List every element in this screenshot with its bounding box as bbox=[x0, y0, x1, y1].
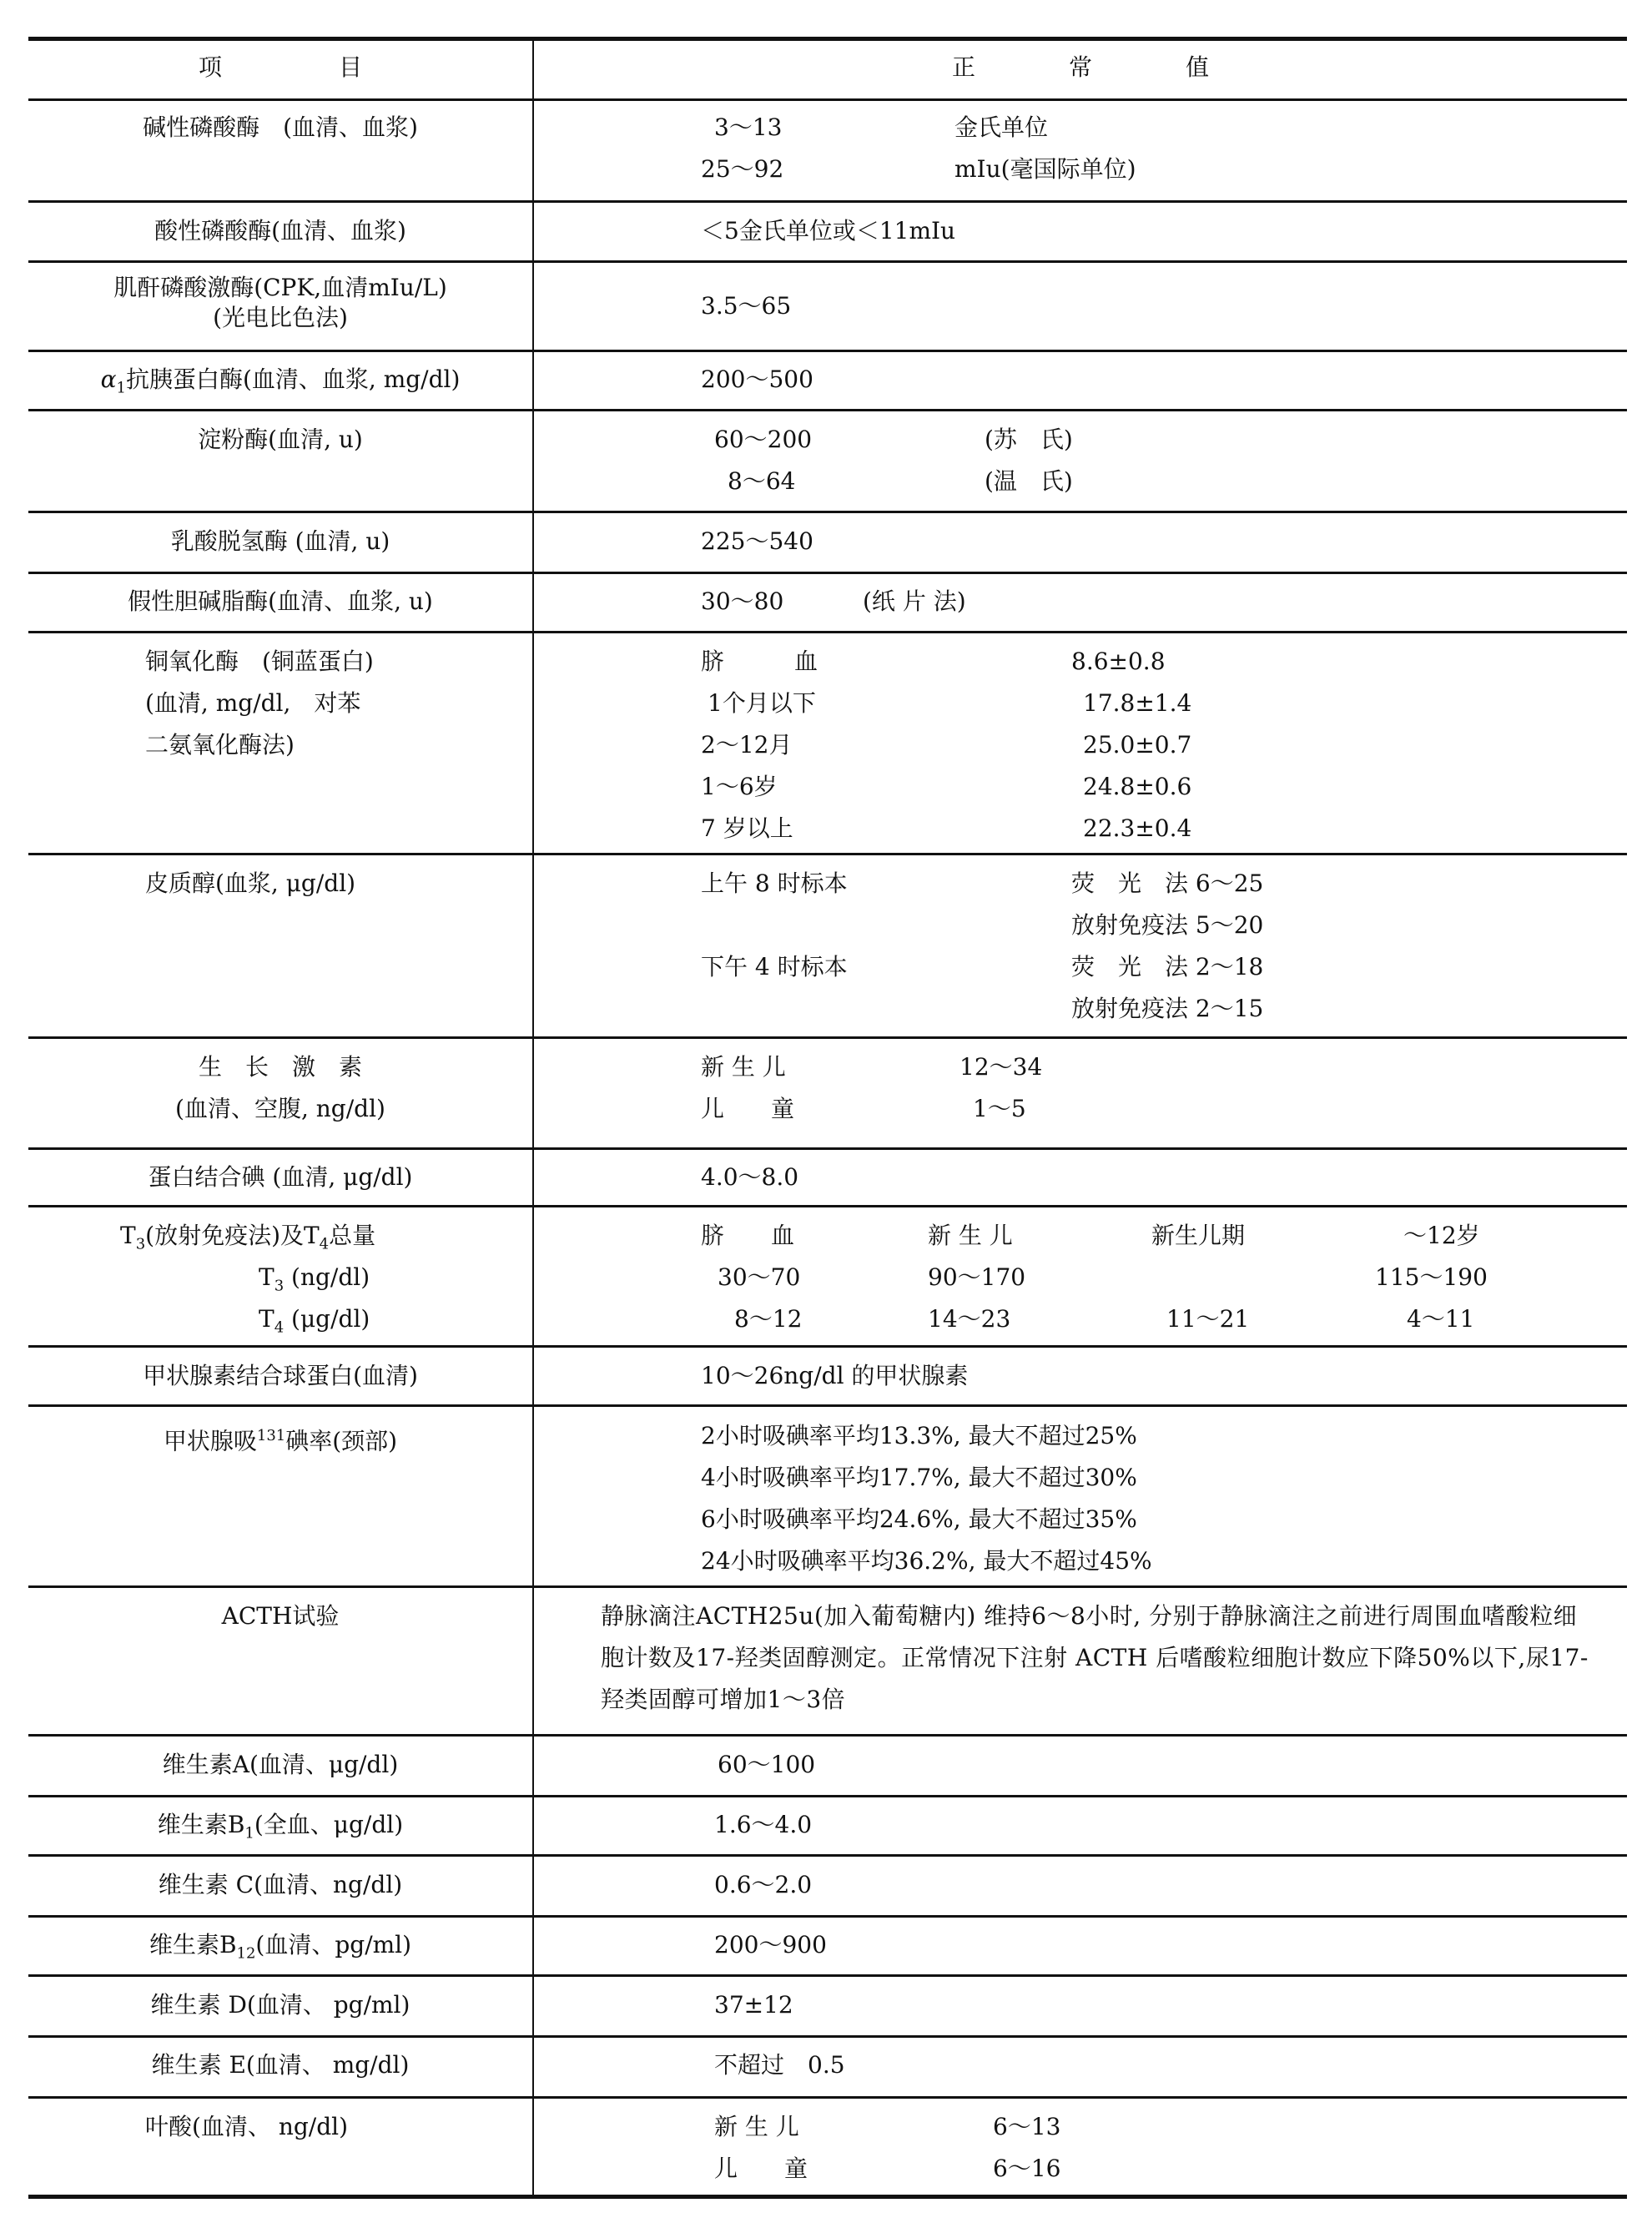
row-item: 维生素A(血清、μg/dl) bbox=[28, 1744, 532, 1786]
value: 200～900 bbox=[714, 1924, 827, 1966]
value: 6～13 bbox=[993, 2106, 1060, 2148]
row-divider bbox=[28, 1036, 1627, 1039]
value: 8～64 bbox=[728, 461, 795, 502]
row-item-line2: (血清, mg/dl, 对苯 bbox=[145, 683, 360, 724]
method-value: 荧 光 法 6～25 bbox=[1071, 863, 1263, 905]
sample-time: 下午 4 时标本 bbox=[701, 946, 848, 988]
sub-item-t4: T4 (μg/dl) bbox=[259, 1298, 370, 1349]
alpha-symbol: α bbox=[101, 365, 117, 393]
row-divider bbox=[28, 572, 1627, 574]
value: 6～16 bbox=[993, 2148, 1060, 2190]
row-item: α1抗胰蛋白酶(血清、血浆, mg/dl) bbox=[28, 359, 532, 410]
row-item: ACTH试验 bbox=[28, 1595, 532, 1637]
value: 8.6±0.8 bbox=[1071, 641, 1166, 683]
age-group: 脐 血 bbox=[701, 641, 818, 683]
row-divider bbox=[28, 1404, 1627, 1407]
value: 37±12 bbox=[714, 1984, 793, 2026]
row-item: 维生素B1(全血、μg/dl) bbox=[28, 1804, 532, 1855]
age-group: 新 生 儿 bbox=[714, 2106, 799, 2148]
t4-value: 14～23 bbox=[928, 1298, 1010, 1340]
value: 60～100 bbox=[718, 1744, 815, 1786]
row-item-note: (血清、空腹, ng/dl) bbox=[28, 1088, 532, 1130]
value: 200～500 bbox=[701, 359, 813, 401]
row-item: 肌酐磷酸激酶(CPK,血清mIu/L) bbox=[28, 272, 532, 304]
t3-value: 30～70 bbox=[718, 1257, 800, 1298]
age-group: 1～6岁 bbox=[701, 766, 778, 808]
row-item: 乳酸脱氢酶 (血清, u) bbox=[28, 521, 532, 562]
row-divider bbox=[28, 853, 1627, 855]
t4-value: 11～21 bbox=[1166, 1298, 1249, 1340]
method-value: 放射免疫法 5～20 bbox=[1071, 905, 1263, 946]
value: 3～13 bbox=[714, 107, 782, 149]
age-group: 儿 童 bbox=[714, 2148, 808, 2190]
column-label: 脐 血 bbox=[701, 1215, 794, 1257]
row-item: 甲状腺素结合球蛋白(血清) bbox=[28, 1355, 532, 1397]
value: 22.3±0.4 bbox=[1083, 808, 1191, 849]
row-divider bbox=[28, 1147, 1627, 1150]
table-top-rule bbox=[28, 37, 1627, 41]
row-divider bbox=[28, 1915, 1627, 1918]
row-item: 维生素B12(血清、pg/ml) bbox=[28, 1924, 532, 1975]
row-divider bbox=[28, 260, 1627, 263]
value: 17.8±1.4 bbox=[1083, 683, 1191, 724]
age-group: 新 生 儿 bbox=[701, 1046, 786, 1088]
row-item: 生 长 激 素 bbox=[28, 1046, 532, 1088]
row-item: 维生素 D(血清、 pg/ml) bbox=[28, 1984, 532, 2026]
age-group: 2～12月 bbox=[701, 724, 792, 766]
row-item: 淀粉酶(血清, u) bbox=[28, 419, 532, 461]
age-group: 7 岁以上 bbox=[701, 808, 793, 849]
method-value: 荧 光 法 2～18 bbox=[1071, 946, 1263, 988]
row-item: 甲状腺吸131碘率(颈部) bbox=[28, 1415, 532, 1462]
t4-value: 4～11 bbox=[1407, 1298, 1474, 1340]
sample-time: 上午 8 时标本 bbox=[701, 863, 848, 905]
method-value: 放射免疫法 2～15 bbox=[1071, 988, 1263, 1030]
value: 0.6～2.0 bbox=[714, 1864, 812, 1906]
value: 60～200 bbox=[714, 419, 812, 461]
header-rule bbox=[28, 98, 1627, 101]
header-value: 正 常 值 bbox=[534, 47, 1627, 88]
value: 3.5～65 bbox=[701, 285, 791, 327]
row-item: 铜氧化酶 (铜蓝蛋白) bbox=[145, 641, 374, 683]
header-item: 项 目 bbox=[28, 47, 532, 88]
row-item-line3: 二氨氧化酶法) bbox=[145, 724, 295, 766]
row-divider bbox=[28, 2096, 1627, 2099]
row-item: 蛋白结合碘 (血清, μg/dl) bbox=[28, 1157, 532, 1198]
column-label: 新生儿期 bbox=[1151, 1215, 1245, 1257]
row-item: 皮质醇(血浆, μg/dl) bbox=[145, 863, 355, 905]
row-divider bbox=[28, 1795, 1627, 1797]
value: 30～80 bbox=[701, 581, 783, 623]
row-item: 假性胆碱脂酶(血清、血浆, u) bbox=[28, 581, 532, 623]
row-divider bbox=[28, 511, 1627, 513]
value: 4小时吸碘率平均17.7%, 最大不超过30% bbox=[701, 1457, 1137, 1499]
acth-description: 静脉滴注ACTH25u(加入葡萄糖内) 维持6～8小时, 分别于静脉滴注之前进行… bbox=[601, 1595, 1594, 1721]
row-divider bbox=[28, 2035, 1627, 2038]
value: 1.6～4.0 bbox=[714, 1804, 812, 1846]
method: (纸 片 法) bbox=[863, 581, 966, 623]
row-divider bbox=[28, 631, 1627, 633]
row-divider bbox=[28, 1585, 1627, 1588]
value: 4.0～8.0 bbox=[701, 1157, 798, 1198]
method: (苏 氏) bbox=[985, 419, 1073, 461]
row-divider bbox=[28, 1205, 1627, 1207]
unit: mIu(毫国际单位) bbox=[954, 149, 1136, 190]
row-item: 叶酸(血清、 ng/dl) bbox=[145, 2106, 348, 2148]
value: 1～5 bbox=[973, 1088, 1026, 1130]
value: 6小时吸碘率平均24.6%, 最大不超过35% bbox=[701, 1499, 1137, 1540]
value: 不超过 0.5 bbox=[714, 2044, 845, 2086]
value: 25～92 bbox=[701, 149, 783, 190]
t4-value: 8～12 bbox=[734, 1298, 802, 1340]
column-label: 新 生 儿 bbox=[928, 1215, 1013, 1257]
column-label: ～12岁 bbox=[1403, 1215, 1480, 1257]
row-item: 碱性磷酸酶 (血清、血浆) bbox=[28, 107, 532, 149]
value: 24小时吸碘率平均36.2%, 最大不超过45% bbox=[701, 1540, 1152, 1582]
value: 10～26ng/dl 的甲状腺素 bbox=[701, 1355, 968, 1397]
column-divider bbox=[532, 37, 534, 2198]
row-divider bbox=[28, 200, 1627, 203]
value: 225～540 bbox=[701, 521, 813, 562]
value: 2小时吸碘率平均13.3%, 最大不超过25% bbox=[701, 1415, 1137, 1457]
unit: 金氏单位 bbox=[954, 107, 1048, 149]
row-divider bbox=[28, 350, 1627, 352]
age-group: 儿 童 bbox=[701, 1088, 794, 1130]
method: (温 氏) bbox=[985, 461, 1073, 502]
row-divider bbox=[28, 1734, 1627, 1737]
t3-value: 90～170 bbox=[928, 1257, 1025, 1298]
row-item: 酸性磷酸酶(血清、血浆) bbox=[28, 210, 532, 252]
value: 25.0±0.7 bbox=[1083, 724, 1191, 766]
t3-value: 115～190 bbox=[1375, 1257, 1488, 1298]
age-group: 1个月以下 bbox=[708, 683, 816, 724]
row-item: 维生素 E(血清、 mg/dl) bbox=[28, 2044, 532, 2086]
row-item-note: (光电比色法) bbox=[28, 302, 532, 334]
value: ＜5金氏单位或＜11mIu bbox=[701, 210, 955, 252]
table-bottom-rule bbox=[28, 2195, 1627, 2199]
value: 12～34 bbox=[959, 1046, 1042, 1088]
row-item: 维生素 C(血清、ng/dl) bbox=[28, 1864, 532, 1906]
value: 24.8±0.6 bbox=[1083, 766, 1191, 808]
